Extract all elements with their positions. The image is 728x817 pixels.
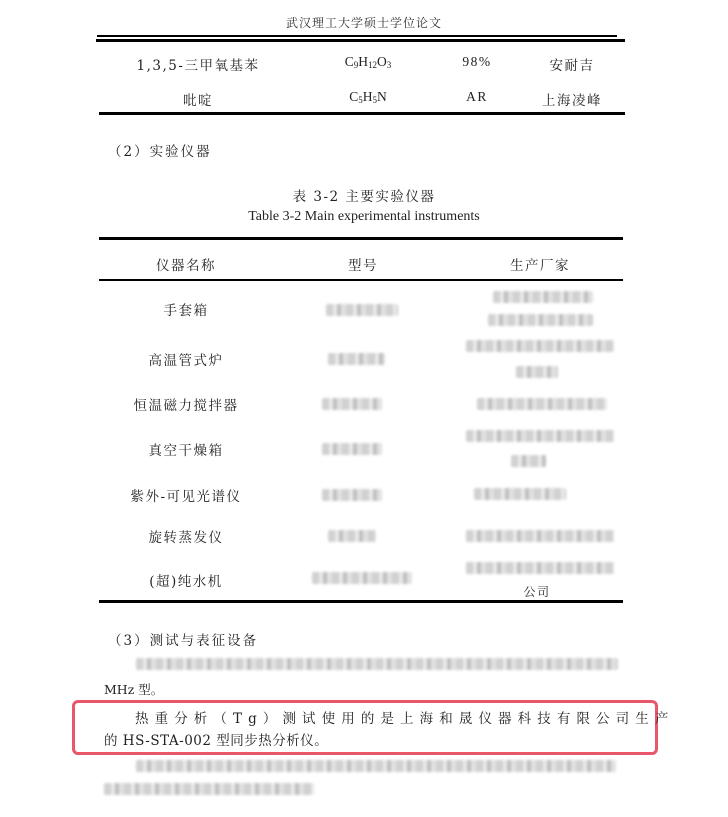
reagent-name: 1,3,5-三甲氧基苯 — [137, 54, 260, 74]
reagent-formula: C9H12O3 — [345, 54, 392, 70]
manufacturer-redacted — [477, 398, 607, 410]
model-redacted — [326, 304, 398, 316]
instrument-name: 手套箱 — [164, 299, 209, 319]
highlighted-paragraph-line2: 的 HS-STA-002 型同步热分析仪。 — [104, 729, 328, 749]
instrument-name: (超)纯水机 — [149, 570, 223, 590]
reagent-purity: 98% — [462, 54, 491, 70]
manufacturer-redacted — [493, 291, 593, 303]
header-rule-thin — [97, 35, 617, 37]
instrument-name: 紫外-可见光谱仪 — [130, 485, 241, 505]
instrument-name: 旋转蒸发仪 — [149, 526, 224, 546]
table-header-rule — [99, 279, 623, 281]
instrument-name: 高温管式炉 — [149, 349, 224, 369]
manufacturer-redacted — [511, 455, 546, 467]
model-redacted — [322, 398, 382, 410]
reagent-supplier: 安耐吉 — [550, 54, 595, 74]
model-redacted — [312, 572, 412, 584]
running-header: 武汉理工大学硕士学位论文 — [0, 14, 728, 31]
manufacturer-redacted — [466, 530, 614, 542]
reagent-purity: AR — [466, 89, 488, 105]
manufacturer-redacted — [466, 430, 614, 442]
table-top-rule — [99, 237, 623, 240]
table-caption-en: Table 3-2 Main experimental instruments — [0, 209, 728, 225]
manufacturer-redacted — [466, 340, 614, 352]
model-redacted — [328, 353, 385, 365]
column-header: 型号 — [348, 254, 378, 274]
manufacturer-redacted — [466, 562, 614, 574]
paragraph-tail: MHz 型。 — [104, 680, 163, 698]
table-caption-cn: 表 3-2 主要实验仪器 — [0, 185, 728, 205]
reagent-formula: C5H5N — [349, 89, 387, 105]
reagent-name: 吡啶 — [183, 89, 213, 109]
section-heading: （3）测试与表征设备 — [108, 629, 258, 649]
model-redacted — [328, 530, 376, 542]
model-redacted — [322, 489, 382, 501]
paragraph-redacted — [104, 783, 314, 795]
paragraph-redacted — [136, 760, 616, 772]
instrument-name: 恒温磁力搅拌器 — [134, 394, 239, 414]
column-header: 仪器名称 — [156, 254, 216, 274]
paragraph-redacted — [136, 658, 618, 670]
instrument-name: 真空干燥箱 — [149, 439, 224, 459]
model-redacted — [322, 443, 382, 455]
table-bottom-rule — [99, 600, 623, 603]
manufacturer-suffix: 公司 — [523, 583, 550, 600]
table-bottom-rule — [99, 112, 625, 115]
header-rule-thick — [96, 39, 625, 42]
manufacturer-redacted — [516, 366, 558, 378]
column-header: 生产厂家 — [510, 254, 570, 274]
reagent-supplier: 上海凌峰 — [542, 89, 602, 109]
manufacturer-redacted — [474, 488, 566, 500]
section-heading: （2）实验仪器 — [108, 140, 212, 160]
highlighted-paragraph-line1: 热重分析（Tg）测试使用的是上海和晟仪器科技有限公司生产 — [135, 707, 674, 727]
manufacturer-redacted — [488, 314, 593, 326]
